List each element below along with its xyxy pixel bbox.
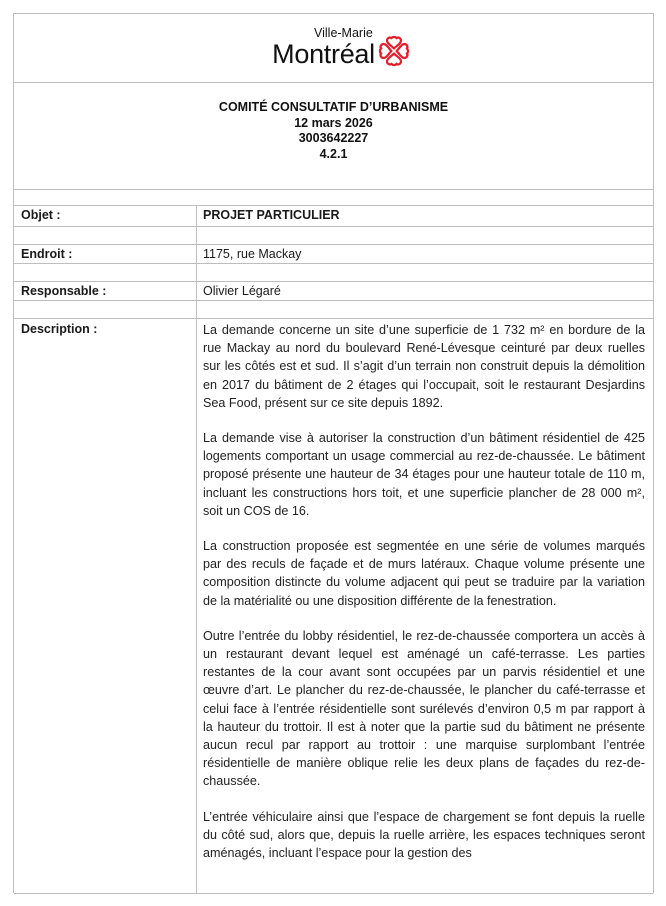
document-sheet: Ville-Marie Montréal COMITÉ CONSULTATIF … bbox=[13, 13, 654, 893]
spacer-row bbox=[14, 301, 653, 319]
committee-title: COMITÉ CONSULTATIF D’URBANISME bbox=[14, 100, 653, 116]
spacer-row bbox=[14, 264, 653, 282]
field-row-endroit: Endroit : 1175, rue Mackay bbox=[14, 245, 653, 264]
objet-label: Objet : bbox=[14, 206, 197, 226]
title-row: COMITÉ CONSULTATIF D’URBANISME 12 mars 2… bbox=[14, 83, 653, 190]
description-label: Description : bbox=[14, 319, 197, 893]
logo: Ville-Marie Montréal bbox=[14, 24, 653, 68]
field-row-description: Description : La demande concerne un sit… bbox=[14, 319, 653, 894]
logo-city: Montréal bbox=[272, 40, 375, 68]
item-number: 4.2.1 bbox=[14, 147, 653, 163]
description-paragraph: La demande concerne un site d’une superf… bbox=[203, 321, 645, 412]
montreal-rosette-icon bbox=[377, 34, 411, 68]
description-paragraph: La demande vise à autoriser la construct… bbox=[203, 429, 645, 520]
meeting-date: 12 mars 2026 bbox=[14, 116, 653, 132]
description-paragraph: Outre l’entrée du lobby résidentiel, le … bbox=[203, 627, 645, 791]
endroit-label: Endroit : bbox=[14, 245, 197, 263]
description-paragraph: La construction proposée est segmentée e… bbox=[203, 537, 645, 610]
file-number: 3003642227 bbox=[14, 131, 653, 147]
description-value: La demande concerne un site d’une superf… bbox=[197, 319, 653, 893]
description-paragraph: L’entrée véhiculaire ainsi que l’espace … bbox=[203, 808, 645, 863]
spacer-row bbox=[14, 190, 653, 206]
logo-borough: Ville-Marie bbox=[314, 26, 373, 40]
responsable-label: Responsable : bbox=[14, 282, 197, 300]
objet-value: PROJET PARTICULIER bbox=[197, 206, 653, 226]
logo-row: Ville-Marie Montréal bbox=[14, 14, 653, 83]
field-row-responsable: Responsable : Olivier Légaré bbox=[14, 282, 653, 301]
field-row-objet: Objet : PROJET PARTICULIER bbox=[14, 206, 653, 227]
endroit-value: 1175, rue Mackay bbox=[197, 245, 653, 263]
spacer-row bbox=[14, 227, 653, 245]
responsable-value: Olivier Légaré bbox=[197, 282, 653, 300]
